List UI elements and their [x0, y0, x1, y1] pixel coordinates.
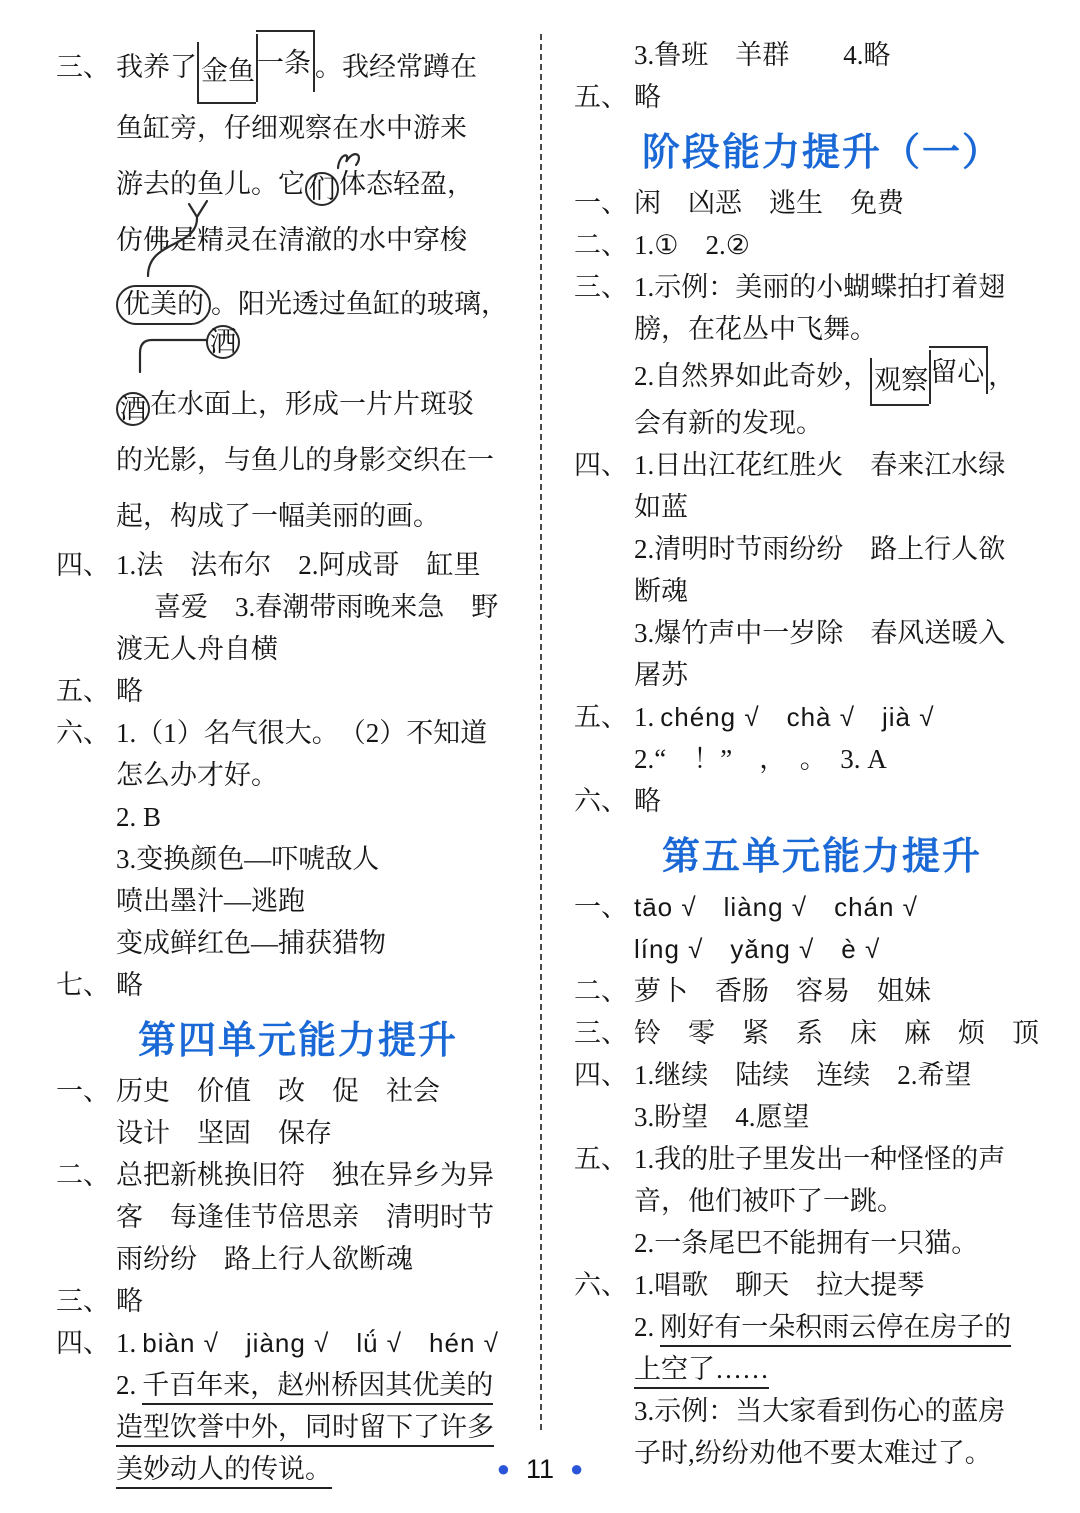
underlined-answer: 千百年来，赵州桥因其优美的 — [142, 1370, 493, 1405]
unit5-section-2: 二、萝卜 香肠 容易 姐妹 — [574, 970, 1070, 1012]
item-label: 六、 — [56, 712, 116, 754]
unit5-section-6: 六、1.唱歌 聊天 拉大提琴 2.刚好有一朵积雨云停在房子的 上空了…… 3.示… — [574, 1264, 1070, 1474]
item-label: 五、 — [56, 670, 116, 712]
item-label: 五、 — [574, 696, 634, 738]
item-label: 三、 — [574, 1012, 634, 1054]
unit4-section-2: 二、总把新桃换旧符 独在异乡为异 客 每逢佳节倍思亲 清明时节 雨纷纷 路上行人… — [56, 1154, 540, 1280]
passage-line: 的光影，与鱼儿的身影交织在一 — [116, 432, 540, 488]
answer-line: 2.清明时节雨纷纷 路上行人欲 — [634, 528, 1070, 570]
correction-char-bubble: 洒 — [206, 322, 240, 359]
stage-section-6: 六、略 — [574, 780, 1070, 822]
pinyin-answers: chéng √ chà √ jià √ — [660, 702, 934, 732]
pinyin-answers: biàn √ jiàng √ lǘ √ hén √ — [142, 1328, 499, 1358]
circled-char: 们 — [305, 172, 339, 206]
item-label: 三、 — [56, 39, 116, 95]
answer-line: líng √ yǎng √ è √ — [634, 928, 1070, 970]
answer-line: 雨纷纷 路上行人欲断魂 — [116, 1238, 540, 1280]
passage-line: 游去的鱼儿。它们体态轻盈， — [116, 156, 540, 212]
unit5-section-5: 五、1.我的肚子里发出一种怪怪的声 音，他们被吓了一跳。 2.一条尾巴不能拥有一… — [574, 1138, 1070, 1264]
answer-line: 怎么办才好。 — [116, 754, 540, 796]
proofreading-passage: 洒 三、我养了金鱼一条。我经常蹲在 鱼缸旁，仔细观察在水中游来 游去的鱼儿。它们… — [56, 34, 540, 544]
passage-line: 鱼缸旁，仔细观察在水中游来 — [116, 100, 540, 156]
unit5-section-1: 一、tāo √ liàng √ chán √ líng √ yǎng √ è √ — [574, 886, 1070, 970]
answer-line: 3.盼望 4.愿望 — [634, 1096, 1070, 1138]
answer-line: 客 每逢佳节倍思亲 清明时节 — [116, 1196, 540, 1238]
answer-line: 如蓝 — [634, 486, 1070, 528]
answer-line: 2.刚好有一朵积雨云停在房子的 — [634, 1306, 1070, 1348]
answer-section-6: 六、1.（1）名气很大。 （2）不知道 怎么办才好。 2. B 3.变换颜色—吓… — [56, 712, 540, 964]
stage-section-5: 五、1.chéng √ chà √ jià √ 2.“ ！” ， 。 3. A — [574, 696, 1070, 780]
swap-box-high: 留心 — [929, 346, 988, 394]
answer-line: 2.千百年来，赵州桥因其优美的 — [116, 1364, 540, 1406]
unit4-section-3: 三、略 — [56, 1280, 540, 1322]
item-label: 二、 — [56, 1154, 116, 1196]
unit4-section-1: 一、历史 价值 改 促 社会 设计 坚固 保存 — [56, 1070, 540, 1154]
answer-line: 膀，在花丛中飞舞。 — [634, 308, 1070, 350]
pinyin-answers: líng √ yǎng √ è √ — [634, 934, 880, 964]
answer-line: 渡无人舟自横 — [116, 628, 540, 670]
answer-line: 2. B — [116, 796, 540, 838]
item-label: 四、 — [574, 1054, 634, 1096]
answer-line: 2.一条尾巴不能拥有一只猫。 — [634, 1222, 1070, 1264]
unit4-heading: 第四单元能力提升 — [56, 1012, 540, 1068]
answer-line: 屠苏 — [634, 654, 1070, 696]
circled-char: 酒 — [116, 392, 150, 426]
item-label: 二、 — [574, 970, 634, 1012]
item-label: 五、 — [574, 1138, 634, 1180]
item-label: 四、 — [56, 1322, 116, 1364]
item-label: 六、 — [574, 780, 634, 822]
answer-line: 造型饮誉中外，同时留下了许多 — [116, 1406, 540, 1448]
answer-line: 会有新的发现。 — [634, 402, 1070, 444]
passage-line: 仿佛是精灵在清澈的水中穿梭 — [116, 212, 540, 268]
answer-line: 音，他们被吓了一跳。 — [634, 1180, 1070, 1222]
item-label: 七、 — [56, 964, 116, 1006]
swap-box-high: 一条 — [256, 30, 315, 92]
answer-line: 3.示例：当大家看到伤心的蓝房 — [634, 1390, 1070, 1432]
passage-line: 酒在水面上，形成一片片斑驳 — [116, 376, 540, 432]
stage-section-2: 二、1.① 2.② — [574, 224, 1070, 266]
answer-line: 设计 坚固 保存 — [116, 1112, 540, 1154]
pinyin-answers: tāo √ liàng √ chán √ — [634, 892, 918, 922]
page-dot-icon: ● — [497, 1456, 510, 1481]
item-label: 一、 — [56, 1070, 116, 1112]
item-label: 一、 — [574, 182, 634, 224]
item-label: 四、 — [574, 444, 634, 486]
answer-line: 断魂 — [634, 570, 1070, 612]
answer-line: 喜爱 3.春潮带雨晚来急 野 — [154, 586, 540, 628]
answer-line: 2.“ ！” ， 。 3. A — [634, 738, 1070, 780]
item-label: 二、 — [574, 224, 634, 266]
answer-line: 喷出墨汁—逃跑 — [116, 880, 540, 922]
unit5-section-3: 三、铃 零 紧 系 床 麻 烦 顶 — [574, 1012, 1070, 1054]
page-dot-icon: ● — [570, 1456, 583, 1481]
item-label: 四、 — [56, 544, 116, 586]
answer-line: 上空了…… — [634, 1348, 1070, 1390]
answer-line: 3.爆竹声中一岁除 春风送暖入 — [634, 612, 1070, 654]
answer-section-5r: 五、略 — [574, 76, 1070, 118]
underlined-answer: 刚好有一朵积雨云停在房子的 — [660, 1312, 1011, 1347]
item-label: 三、 — [56, 1280, 116, 1322]
circled-char: 洒 — [206, 325, 240, 359]
item-label: 五、 — [574, 76, 634, 118]
answer-line: 2.自然界如此奇妙，观察留心， — [634, 350, 1070, 402]
page-footer: ●11● — [0, 1454, 1080, 1485]
stage-section-3: 三、1.示例：美丽的小蝴蝶拍打着翅 膀，在花丛中飞舞。 2.自然界如此奇妙，观察… — [574, 266, 1070, 444]
moved-phrase-oval: 优美的 — [116, 285, 211, 325]
answer-section-5: 五、略 — [56, 670, 540, 712]
underlined-answer: 造型饮誉中外，同时留下了许多 — [116, 1412, 494, 1447]
left-column: 洒 三、我养了金鱼一条。我经常蹲在 鱼缸旁，仔细观察在水中游来 游去的鱼儿。它们… — [56, 34, 540, 1430]
passage-line: 优美的。阳光透过鱼缸的玻璃， — [116, 276, 540, 332]
answer-line: 变成鲜红色—捕获猎物 — [116, 922, 540, 964]
right-column: 3.鲁班 羊群 4.略 五、略 阶段能力提升（一） 一、闲 凶恶 逃生 免费 二… — [542, 34, 1070, 1430]
answer-line: 3.鲁班 羊群 4.略 — [634, 34, 1070, 76]
answer-section-7: 七、略 — [56, 964, 540, 1006]
unit5-heading: 第五单元能力提升 — [574, 828, 1070, 884]
answer-section-4: 四、1.法 法布尔 2.阿成哥 缸里 喜爱 3.春潮带雨晚来急 野 渡无人舟自横 — [56, 544, 540, 670]
page-number: 11 — [526, 1454, 554, 1484]
underlined-answer: 上空了…… — [634, 1354, 769, 1389]
passage-line: 起，构成了一幅美丽的画。 — [116, 488, 540, 544]
replace-connector-line — [140, 340, 206, 372]
item-label: 一、 — [574, 886, 634, 928]
answer-line: 3.变换颜色—吓唬敌人 — [116, 838, 540, 880]
stage-section-4: 四、1.日出江花红胜火 春来江水绿 如蓝 2.清明时节雨纷纷 路上行人欲 断魂 … — [574, 444, 1070, 696]
item-label: 六、 — [574, 1264, 634, 1306]
stage-section-1: 一、闲 凶恶 逃生 免费 — [574, 182, 1070, 224]
swap-box-low: 观察 — [870, 358, 929, 406]
two-column-layout: 洒 三、我养了金鱼一条。我经常蹲在 鱼缸旁，仔细观察在水中游来 游去的鱼儿。它们… — [0, 0, 1080, 1430]
passage-line: 三、我养了金鱼一条。我经常蹲在 — [56, 34, 540, 100]
stage-heading: 阶段能力提升（一） — [574, 124, 1070, 180]
item-label: 三、 — [574, 266, 634, 308]
swap-box-low: 金鱼 — [197, 42, 256, 104]
answer-key-page: 洒 三、我养了金鱼一条。我经常蹲在 鱼缸旁，仔细观察在水中游来 游去的鱼儿。它们… — [0, 0, 1080, 1513]
unit5-section-4: 四、1.继续 陆续 连续 2.希望 3.盼望 4.愿望 — [574, 1054, 1070, 1138]
